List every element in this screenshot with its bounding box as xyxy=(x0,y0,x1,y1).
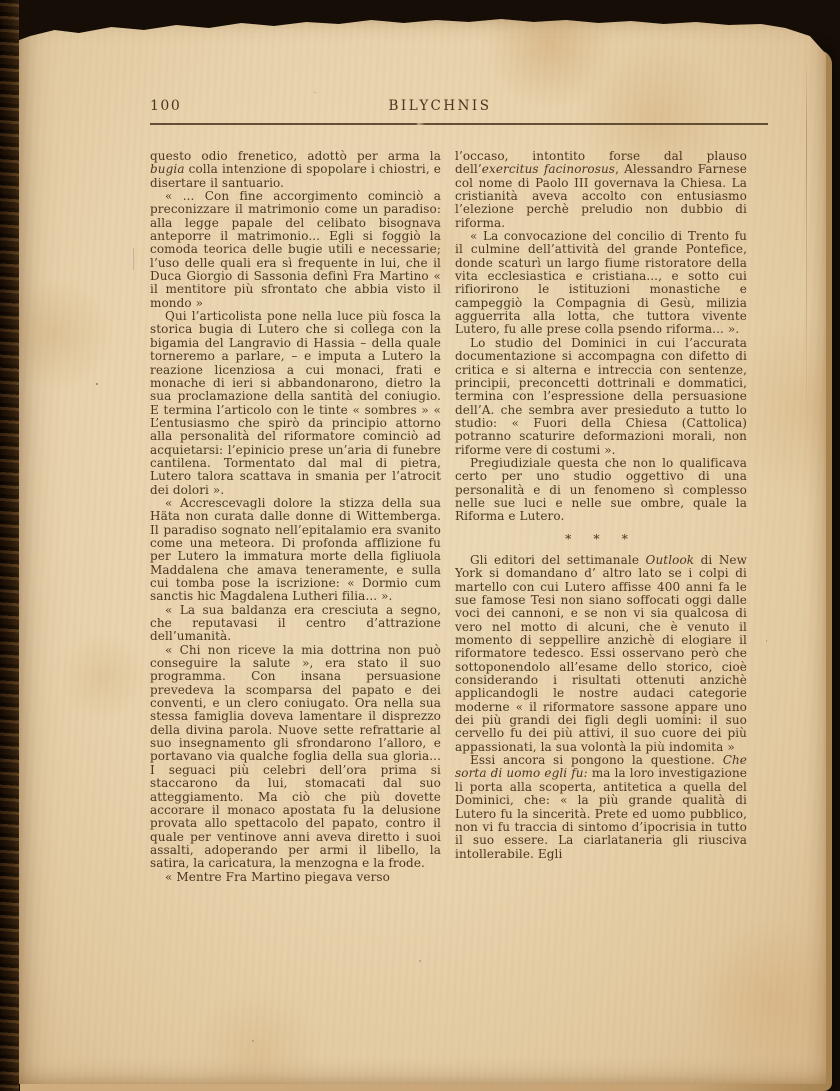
text-segment: Pregiudiziale questa che non lo qualific… xyxy=(455,456,747,523)
text-segment: colla intenzione di spopolare i chiostri… xyxy=(150,162,441,189)
text-segment: « Accrescevagli dolore la stizza della s… xyxy=(150,496,441,603)
text-segment: « La convocazione del concilio di Trento… xyxy=(455,229,747,336)
book-binding-edge xyxy=(0,0,19,1091)
paragraph: « Mentre Fra Martino piegava verso xyxy=(150,871,441,884)
paragraph: « La sua baldanza era cresciuta a segno,… xyxy=(150,604,441,644)
text-segment: « ... Con fine accorgimento cominciò a p… xyxy=(150,189,441,310)
paragraph: « ... Con fine accorgimento cominciò a p… xyxy=(150,190,441,310)
text-segment: di New York si domandano d’ altro lato s… xyxy=(455,553,747,754)
paragraph: Lo studio del Dominici in cui l’accurata… xyxy=(455,337,747,457)
paragraph: « Chi non riceve la mia dottrina non può… xyxy=(150,644,441,871)
text-segment: « La sua baldanza era cresciuta a segno,… xyxy=(150,603,441,644)
paragraph: Essi ancora si pongono la questione. Che… xyxy=(455,754,747,861)
text-segment: Gli editori del settimanale xyxy=(470,553,646,567)
text-segment: « Mentre Fra Martino piegava verso xyxy=(165,870,390,884)
text-segment: ma la loro investigazione li porta alla … xyxy=(455,766,747,860)
pencil-mark xyxy=(133,248,134,270)
text-column-right: l’occaso, intontito forse dal plauso del… xyxy=(455,150,747,934)
text-segment: Lo studio del Dominici in cui l’accurata… xyxy=(455,336,747,457)
scanned-page: 100 BILYCHNIS questo odio frenetico, ado… xyxy=(14,12,826,1084)
paper-speck xyxy=(701,170,703,171)
italic-text: exercitus facinorosus xyxy=(482,162,615,176)
journal-title: BILYCHNIS xyxy=(150,98,730,114)
paragraph: Pregiudiziale questa che non lo qualific… xyxy=(455,457,747,524)
text-segment: questo odio frenetico, adottò per arma l… xyxy=(150,150,441,163)
paragraph: Gli editori del settimanale Outlook di N… xyxy=(455,554,747,754)
paper-speck xyxy=(314,92,316,93)
section-separator: * * * xyxy=(455,532,747,545)
paper-speck xyxy=(252,1040,254,1042)
header-rule xyxy=(150,123,768,125)
paragraph: questo odio frenetico, adottò per arma l… xyxy=(150,150,441,190)
italic-text: bugia xyxy=(150,162,185,176)
text-segment: Qui l’articolista pone nella luce più fo… xyxy=(150,309,441,496)
paragraph: « Accrescevagli dolore la stizza della s… xyxy=(150,497,441,604)
paper-speck xyxy=(96,383,98,385)
italic-text: Outlook xyxy=(646,553,695,567)
text-segment: « Chi non riceve la mia dottrina non può… xyxy=(150,643,441,871)
paper-speck xyxy=(419,960,421,962)
page-edge-crease xyxy=(806,56,807,456)
paragraph: « La convocazione del concilio di Trento… xyxy=(455,230,747,337)
text-segment: Essi ancora si pongono la questione. xyxy=(470,753,723,767)
paragraph: Qui l’articolista pone nella luce più fo… xyxy=(150,310,441,497)
paragraph: l’occaso, intontito forse dal plauso del… xyxy=(455,150,747,230)
paper-speck xyxy=(766,640,767,642)
pencil-mark xyxy=(633,255,634,283)
text-column-left: questo odio frenetico, adottò per arma l… xyxy=(150,150,441,934)
